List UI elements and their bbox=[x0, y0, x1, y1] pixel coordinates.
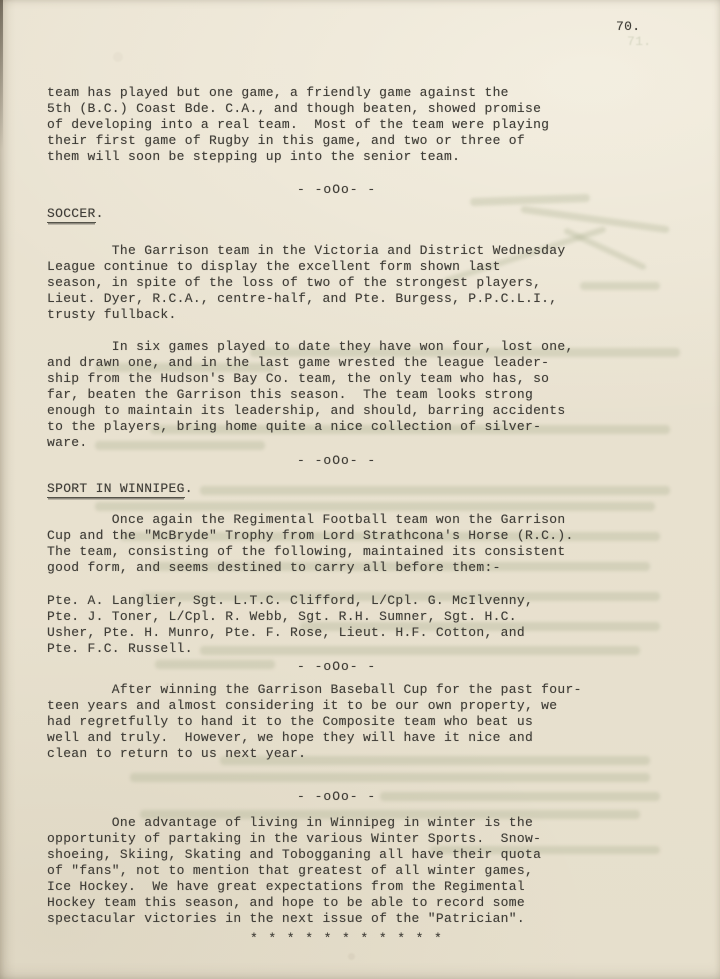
soccer-heading: SOCCER. bbox=[47, 206, 720, 222]
page-body: team has played but one game, a friendly… bbox=[0, 0, 720, 947]
soccer-paragraph-2: In six games played to date they have wo… bbox=[47, 339, 720, 451]
soccer-paragraph-1: The Garrison team in the Victoria and Di… bbox=[47, 243, 720, 323]
baseball-paragraph: After winning the Garrison Baseball Cup … bbox=[47, 682, 720, 762]
scanned-document-page: { "page": { "number": "70.", "ghost_numb… bbox=[0, 0, 720, 979]
winnipeg-heading: SPORT IN WINNIPEG. bbox=[47, 481, 720, 497]
heading-period: . bbox=[96, 206, 104, 221]
section-separator: - -oOo- - bbox=[47, 789, 720, 805]
section-separator: - -oOo- - bbox=[47, 453, 720, 469]
football-roster: Pte. A. Langlier, Sgt. L.T.C. Clifford, … bbox=[47, 593, 720, 657]
end-of-page-asterisks: * * * * * * * * * * * bbox=[47, 931, 720, 947]
winter-sports-paragraph: One advantage of living in Winnipeg in w… bbox=[47, 815, 720, 927]
heading-period: . bbox=[185, 481, 193, 496]
section-separator: - -oOo- - bbox=[47, 659, 720, 675]
section-separator: - -oOo- - bbox=[47, 182, 720, 198]
page-left-edge-shadow bbox=[0, 0, 3, 150]
heading-text: SPORT IN WINNIPEG bbox=[47, 481, 185, 498]
rugby-continuation-paragraph: team has played but one game, a friendly… bbox=[47, 85, 720, 165]
paper-speck bbox=[348, 953, 355, 960]
heading-text: SOCCER bbox=[47, 206, 96, 223]
football-paragraph: Once again the Regimental Football team … bbox=[47, 512, 720, 576]
